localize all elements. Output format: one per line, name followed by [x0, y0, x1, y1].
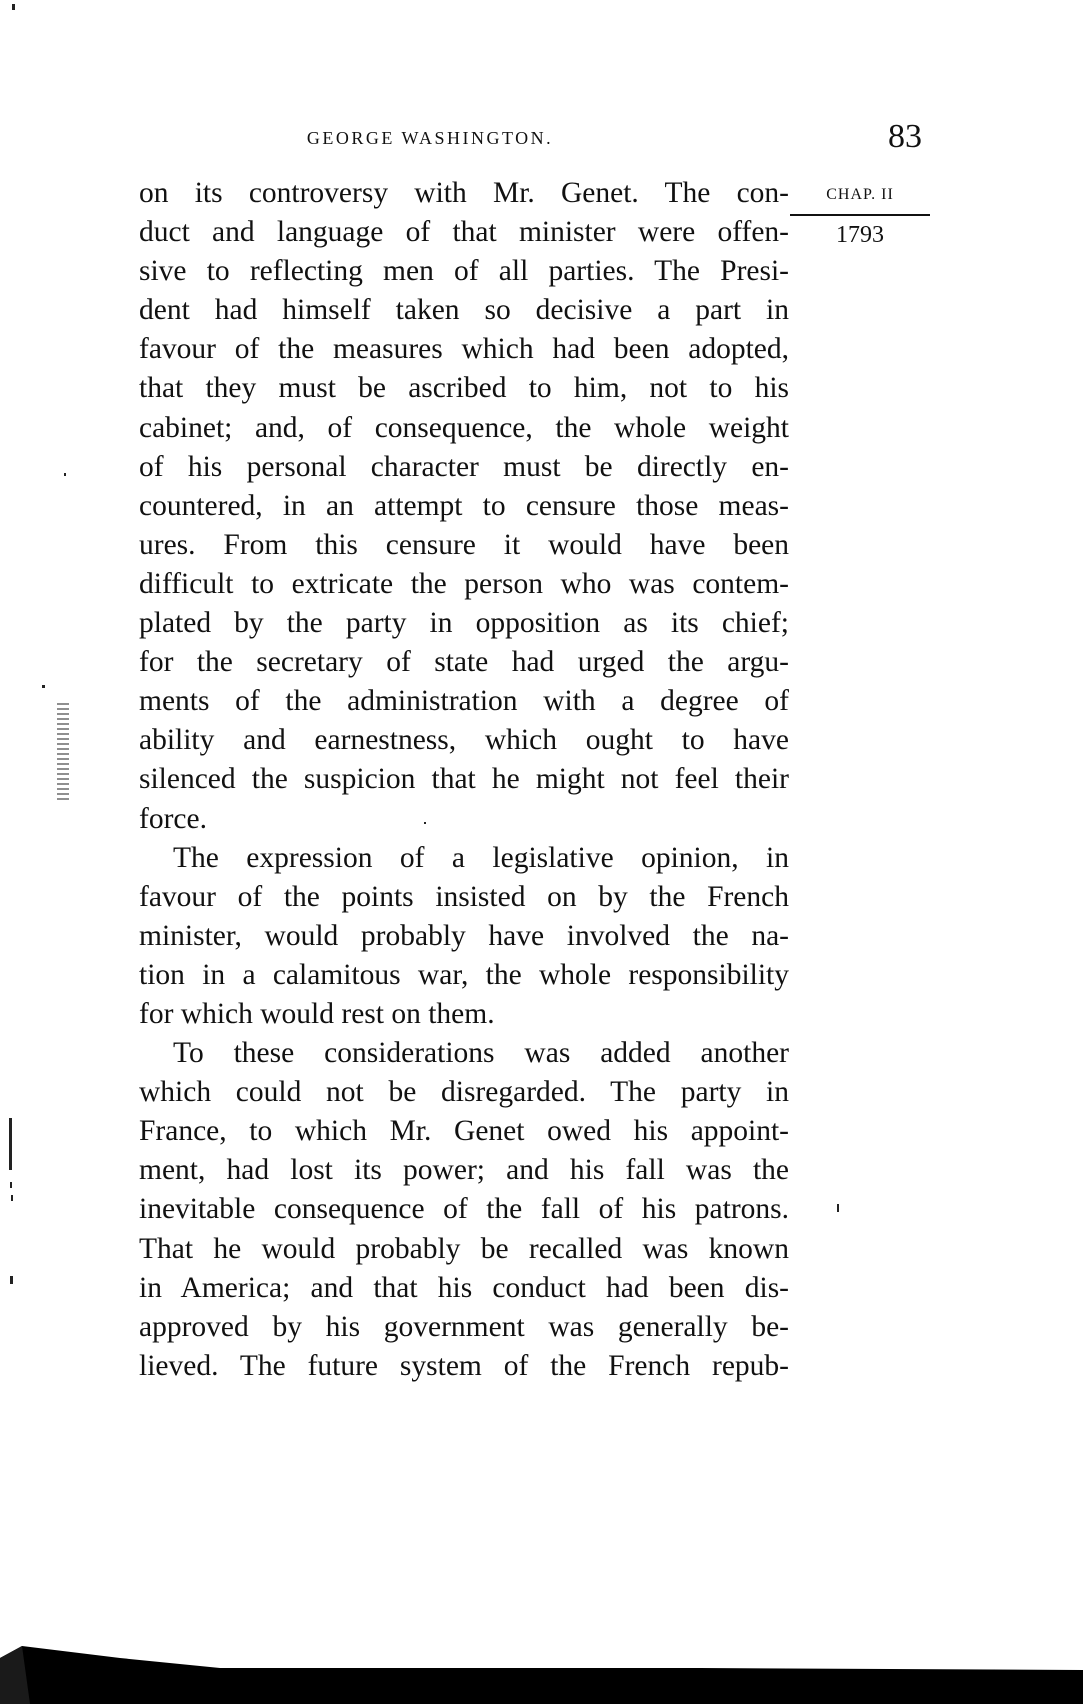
text-line: in America; and that his conduct had bee… — [139, 1269, 789, 1308]
page-edge-shadow — [0, 1644, 1083, 1704]
text-line: tion in a calamitous war, the whole resp… — [139, 956, 789, 995]
text-line: duct and language of that minister were … — [139, 213, 789, 252]
text-line: To these considerations was added anothe… — [139, 1034, 789, 1073]
scan-speck — [12, 4, 15, 10]
paragraph-1: on its controversy with Mr. Genet. The c… — [139, 174, 789, 839]
text-line: ability and earnestness, which ought to … — [139, 721, 789, 760]
text-line: cabinet; and, of consequence, the whole … — [139, 409, 789, 448]
text-line: silenced the suspicion that he might not… — [139, 760, 789, 799]
text-line: plated by the party in opposition as its… — [139, 604, 789, 643]
body-text: on its controversy with Mr. Genet. The c… — [139, 174, 789, 1386]
text-line: ment, had lost its power; and his fall w… — [139, 1151, 789, 1190]
text-line: difficult to extricate the person who wa… — [139, 565, 789, 604]
text-line: That he would probably be recalled was k… — [139, 1230, 789, 1269]
margin-chapter-label: CHAP. II — [790, 186, 930, 216]
text-line: for which would rest on them. — [139, 995, 789, 1034]
text-line: of his personal character must be direct… — [139, 448, 789, 487]
scan-speck — [837, 1204, 839, 1212]
text-line: favour of the measures which had been ad… — [139, 330, 789, 369]
text-line: France, to which Mr. Genet owed his appo… — [139, 1112, 789, 1151]
text-line: The expression of a legislative opinion,… — [139, 839, 789, 878]
paragraph-3: To these considerations was added anothe… — [139, 1034, 789, 1386]
margin-year: 1793 — [790, 222, 930, 249]
scan-edge-mark — [10, 1182, 12, 1188]
text-line: minister, would probably have involved t… — [139, 917, 789, 956]
page-number: 83 — [888, 118, 922, 156]
running-head-title: GEORGE WASHINGTON. — [140, 128, 720, 149]
text-line: inevitable consequence of the fall of hi… — [139, 1190, 789, 1229]
text-line: approved by his government was generally… — [139, 1308, 789, 1347]
text-line: ments of the administration with a degre… — [139, 682, 789, 721]
scan-edge-mark — [9, 1118, 12, 1170]
text-line: sive to reflecting men of all parties. T… — [139, 252, 789, 291]
text-line: on its controversy with Mr. Genet. The c… — [139, 174, 789, 213]
scan-noise — [57, 700, 69, 800]
text-line: countered, in an attempt to censure thos… — [139, 487, 789, 526]
text-line: ures. From this censure it would have be… — [139, 526, 789, 565]
scan-speck — [42, 685, 45, 688]
text-line: which could not be disregarded. The part… — [139, 1073, 789, 1112]
paragraph-2: The expression of a legislative opinion,… — [139, 839, 789, 1034]
text-line: that they must be ascribed to him, not t… — [139, 369, 789, 408]
book-page: GEORGE WASHINGTON. 83 CHAP. II 1793 on i… — [0, 0, 1083, 1704]
scan-edge-mark — [11, 1195, 13, 1201]
text-line: force. — [139, 800, 789, 839]
scan-speck — [424, 822, 426, 824]
margin-note: CHAP. II 1793 — [790, 186, 930, 249]
text-line: for the secretary of state had urged the… — [139, 643, 789, 682]
scan-speck — [10, 1276, 13, 1284]
text-line: favour of the points insisted on by the … — [139, 878, 789, 917]
text-line: dent had himself taken so decisive a par… — [139, 291, 789, 330]
scan-speck — [64, 473, 66, 476]
text-line: lieved. The future system of the French … — [139, 1347, 789, 1386]
